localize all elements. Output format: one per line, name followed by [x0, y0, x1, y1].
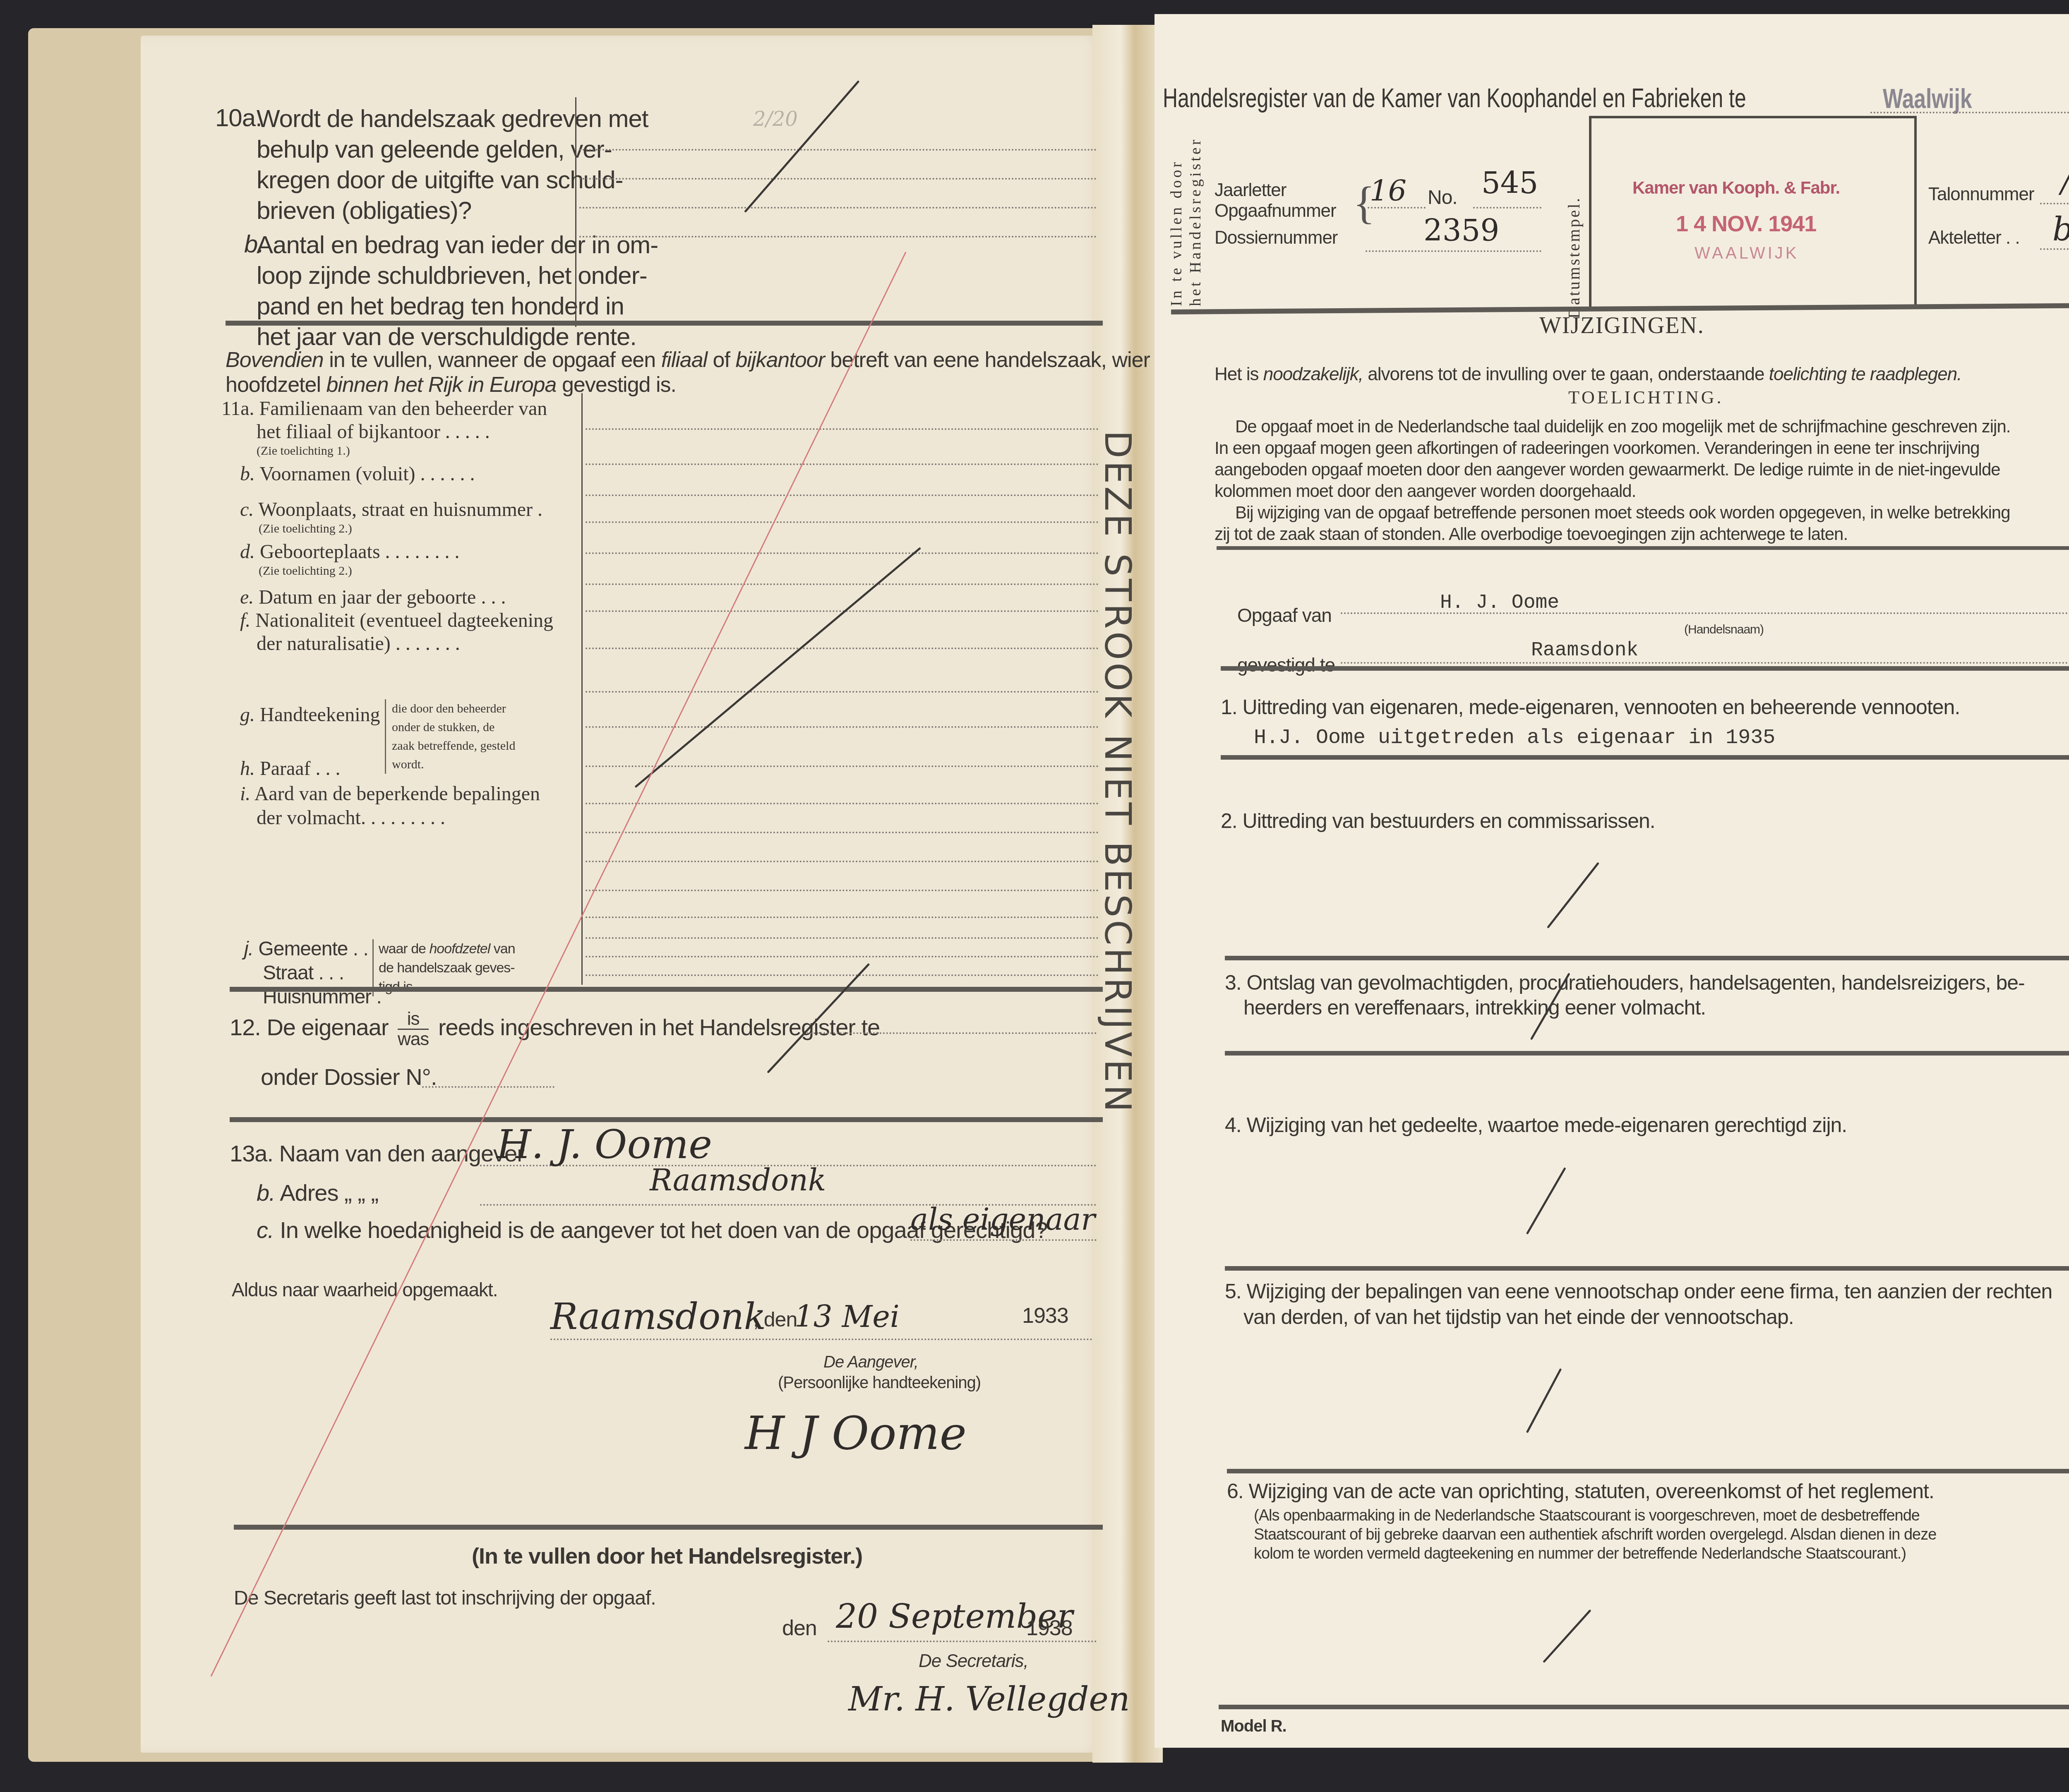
right-page-content: Handelsregister van de Kamer van Koophan…	[0, 0, 2069, 1792]
talonnummer-line	[2040, 203, 2069, 204]
section-divider	[1219, 1705, 2069, 1709]
jaarletter-value[interactable]: 16	[1370, 174, 1407, 208]
akteletter-line	[2040, 248, 2069, 250]
stamp-date: 1 4 NOV. 1941	[1676, 211, 1816, 237]
side-label: In te vullen doorhet Handelsregister	[1167, 124, 1205, 306]
gevestigd-value[interactable]: Raamsdonk	[1531, 639, 1638, 662]
register-city: Waalwijk	[1883, 83, 1972, 114]
section-1-value[interactable]: H.J. Oome uitgetreden als eigenaar in 19…	[1254, 726, 1775, 750]
datumstempel-label: Datumstempel.	[1564, 157, 1584, 319]
section-divider	[1225, 1266, 2069, 1271]
dossiernummer-line	[1366, 250, 1541, 252]
section-divider	[1221, 666, 2069, 671]
section-divider	[1225, 956, 2069, 960]
toelichting-body: De opgaaf moet in de Nederlandsche taal …	[1215, 416, 2069, 545]
section-4-strike	[1526, 1167, 1566, 1235]
city-line	[1870, 112, 2069, 113]
talonnummer-value[interactable]: /	[2061, 166, 2069, 199]
gevestigd-label: gevestigd te	[1237, 654, 1335, 676]
section-2-heading: 2. Uittreding van bestuurders en commiss…	[1221, 809, 1655, 833]
section-divider	[1221, 755, 2069, 760]
no-value[interactable]: 545	[1481, 166, 1538, 200]
akteletter-value[interactable]: b	[2052, 211, 2069, 248]
section-divider	[1227, 1469, 2069, 1473]
stamp-line1: Kamer van Kooph. & Fabr.	[1632, 178, 1840, 198]
section-6-strike	[1543, 1609, 1591, 1663]
gevestigd-field[interactable]	[1341, 662, 2069, 664]
stamp-city: WAALWIJK	[1695, 244, 1799, 263]
section-6-heading: 6. Wijziging van de acte van oprichting,…	[1227, 1479, 1934, 1503]
jaarletter-labels: Jaarletter Opgaafnummer	[1215, 180, 1336, 221]
section-divider	[1217, 546, 2069, 550]
toelichting-title: TOELICHTING.	[1568, 387, 1723, 408]
handelsnaam-note: (Handelsnaam)	[1684, 623, 1764, 637]
opgaaf-van-value[interactable]: H. J. Oome	[1440, 592, 1559, 614]
no-label: No.	[1428, 186, 1457, 209]
model-label: Model R.	[1221, 1717, 1287, 1736]
intro-text: Het is noodzakelijk, alvorens tot de inv…	[1215, 364, 1961, 385]
section-1-heading: 1. Uittreding van eigenaren, mede-eigena…	[1221, 695, 1960, 719]
akteletter-label: Akteletter . .	[1928, 228, 2020, 248]
section-3-heading: 3. Ontslag van gevolmachtigden, procurat…	[1225, 970, 2025, 1020]
jaarletter-line	[1368, 207, 1426, 209]
dossiernummer-value[interactable]: 2359	[1423, 213, 1499, 248]
no-line	[1473, 207, 1541, 209]
section-2-strike	[1547, 862, 1599, 928]
section-4-heading: 4. Wijziging van het gedeelte, waartoe m…	[1225, 1113, 1847, 1137]
register-title: Handelsregister van de Kamer van Koophan…	[1163, 83, 1746, 113]
dossiernummer-label: Dossiernummer	[1215, 228, 1338, 248]
opgaaf-van-label: Opgaaf van	[1237, 604, 1332, 626]
section-divider	[1225, 1051, 2069, 1056]
wijzigingen-title: WIJZIGINGEN.	[1539, 312, 1704, 339]
section-5-strike	[1526, 1368, 1562, 1433]
section-5-heading: 5. Wijziging der bepalingen van eene ven…	[1225, 1279, 2052, 1330]
section-6-note: (Als openbaarmaking in de Nederlandsche …	[1254, 1506, 1936, 1563]
talonnummer-label: Talonnummer	[1928, 184, 2034, 205]
